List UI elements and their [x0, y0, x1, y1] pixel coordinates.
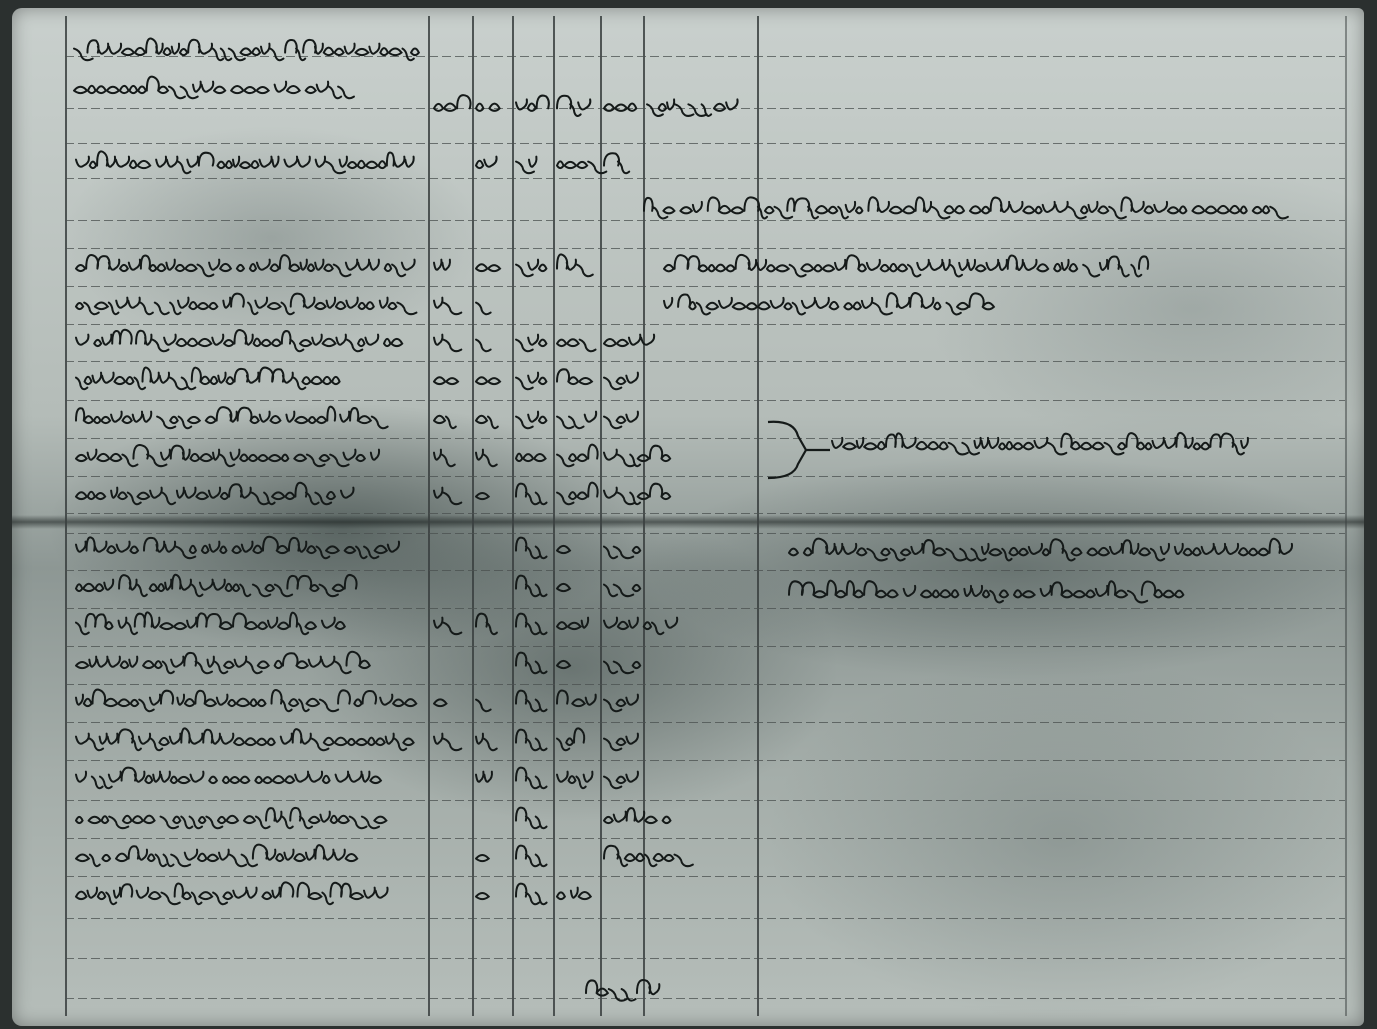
row-value-col-b: ၈	[474, 760, 510, 794]
row-value-col-d: ဦ	[555, 530, 599, 564]
row-value-col-d: ကြ	[555, 722, 599, 756]
handwritten-text	[602, 685, 637, 715]
row-rule	[65, 513, 1345, 514]
handwritten-text	[602, 570, 644, 600]
row-value-col-b: ၀	[474, 323, 510, 357]
handwritten-text	[602, 402, 637, 432]
row-value-col-b: ၂	[474, 476, 510, 510]
row-value-col-c: ဒါ၄ ဗိ	[514, 400, 552, 434]
row-value-col-c: ဒါ	[514, 568, 552, 602]
column-header: ဘုံ	[555, 88, 599, 122]
row-rule	[65, 918, 1345, 919]
handwritten-text	[602, 440, 672, 470]
row-value-col-c: ဒါ	[514, 476, 552, 510]
handwritten-text	[474, 325, 495, 355]
row-value-col-b: ၆	[474, 722, 510, 756]
row-value-col-c: ဒါ	[514, 606, 552, 640]
handwritten-text	[514, 608, 542, 638]
row-value-col-d: ၃ ဦ	[555, 361, 599, 395]
handwritten-text	[602, 840, 686, 870]
handwritten-text	[602, 147, 630, 177]
row-value-col-c: ဒါ ဗိ	[514, 438, 552, 472]
row-value-col-e: ဂဦ	[602, 145, 702, 179]
row-value-col-c: ဒါ	[514, 530, 552, 564]
handwritten-text	[555, 878, 597, 908]
handwritten-text	[74, 440, 379, 470]
row-value-col-e: ဘဗြဲ ငွေ	[602, 800, 702, 834]
handwritten-text	[474, 91, 510, 119]
handwritten-text	[74, 363, 339, 393]
row-name: နဂုံးပြည်အုပ်ဂုရာတ်ရေးတော်ဆိုလွန်ရော ရေ …	[74, 145, 424, 179]
handwritten-text	[514, 440, 550, 470]
row-value-col-b: ၀	[474, 683, 510, 717]
handwritten-text	[474, 402, 495, 432]
handwritten-text	[555, 147, 597, 177]
handwritten-text	[514, 147, 535, 177]
row-note: ကတ ကြ ဂ ငြင် ပါ ဂ ဗိ ဘဗ ကြီး ကြ ဝါ ကြ ငြ…	[787, 574, 1327, 608]
row-name: ပါးကြီးလဲ သွား ၁ ကျောင်းမြို့	[74, 361, 424, 395]
handwritten-text	[74, 147, 414, 177]
handwritten-text	[474, 440, 495, 470]
handwritten-text	[474, 762, 495, 792]
row-value-col-d: ဥ ဦ ရော	[555, 760, 599, 794]
row-value-col-c: ဒါ၄ ဗိ	[514, 323, 552, 357]
row-value-col-a: ၁	[432, 722, 470, 756]
handwritten-text	[74, 608, 349, 638]
handwritten-text	[645, 91, 753, 119]
handwritten-text	[555, 440, 597, 470]
handwritten-text	[74, 762, 379, 792]
row-value-col-c: ဒါ	[514, 645, 552, 679]
handwritten-text	[74, 840, 359, 870]
page-edge-rule	[1345, 16, 1347, 1016]
manuscript-page: ငြငဥဂု၏အလျောက်ရှိ ရွာမြေ ရာ ချောင်း ကျော…	[12, 8, 1364, 1026]
row-name: နဂုံးမြေ ကြီးကြ ရာ ကျော ငယ် ကြီး	[74, 568, 424, 602]
row-value-col-c: ဩ	[514, 145, 552, 179]
handwritten-text	[514, 878, 542, 908]
row-value-col-d: ၁ ဗိ	[555, 248, 599, 282]
row-value-col-e: ယပယ	[602, 361, 702, 395]
row-value-col-b: ၆	[474, 438, 510, 472]
row-name: ဘောင်ကြီး ပျော ဂုရာ ရေ ကျော မြို့	[74, 838, 424, 872]
handwritten-text	[474, 288, 495, 318]
handwritten-text	[514, 762, 542, 792]
handwritten-text	[74, 724, 414, 754]
row-value-col-e: ဘဗြဲ	[602, 530, 702, 564]
handwritten-text	[74, 647, 374, 677]
handwritten-text	[662, 249, 1146, 281]
handwritten-text	[514, 685, 542, 715]
row-name: ပါးကြီး ၁ ဗိဂုရာတ်ရေးတော် ဆိုလွန်ပ်ကြဘုရ…	[74, 248, 424, 282]
handwritten-text	[662, 287, 997, 319]
handwritten-text	[602, 608, 672, 638]
row-name: ဘောင်ကြီး ကြီးကြ ရော ကျော ငွေ ဝါ ရှိ	[74, 645, 424, 679]
handwritten-text	[432, 685, 453, 715]
handwritten-text	[74, 402, 389, 432]
row-value-col-e: ဗျာ ၁	[602, 323, 702, 357]
handwritten-text	[432, 724, 453, 754]
row-name: ဘောင်ကြီး ကြီးမြေ ရောင်ရေး ကျော	[74, 606, 424, 640]
handwritten-text	[555, 762, 597, 792]
handwritten-text	[830, 427, 1250, 459]
row-value-col-c: ဒါ	[514, 876, 552, 910]
column-rule	[428, 16, 430, 1016]
handwritten-text	[555, 478, 597, 508]
handwritten-text	[474, 724, 495, 754]
column-header: တင်	[514, 88, 552, 122]
handwritten-text	[514, 570, 542, 600]
row-value-col-d: ဦ	[555, 645, 599, 679]
header-title-line-1: ငြငဥဂု၏အလျောက်ရှိ ရွာမြေ ရာ ချောင်း ကျော…	[72, 32, 422, 66]
row-value-col-c: ဒါ	[514, 838, 552, 872]
row-value-col-e: ကြော ယပယ	[602, 606, 702, 640]
handwritten-text	[555, 402, 597, 432]
handwritten-text	[72, 72, 352, 102]
handwritten-text	[555, 647, 576, 677]
row-value-col-e: ဘဗြဲ	[602, 568, 702, 602]
row-value-col-e: ဘဗြဲ	[602, 645, 702, 679]
handwritten-text	[602, 724, 637, 754]
column-header: ဂု	[432, 88, 470, 122]
handwritten-text	[514, 532, 542, 562]
row-value-col-c: ဒါ	[514, 800, 552, 834]
row-value-col-b: ၃	[474, 248, 510, 282]
handwritten-text	[74, 878, 389, 908]
handwritten-text	[74, 570, 354, 600]
handwritten-text	[602, 325, 651, 355]
handwritten-text	[514, 363, 550, 393]
handwritten-text	[602, 647, 644, 677]
handwritten-text	[514, 478, 542, 508]
row-value-col-b: ၂	[474, 838, 510, 872]
row-value-col-d: ဂ ဦး	[555, 606, 599, 640]
handwritten-text	[602, 91, 642, 119]
handwritten-text	[432, 91, 470, 119]
handwritten-text	[555, 363, 590, 393]
row-value-col-d: ဝါ ကြ ငြီ ကြ ဝါ	[555, 876, 599, 910]
handwritten-text	[602, 532, 644, 562]
row-value-col-e: ယပယ	[602, 722, 702, 756]
row-value-col-b: ပြ	[474, 145, 510, 179]
row-name: နဂုံးမြေ ကြီးကြ ရာ ကျော မြို့ ယ ကျော ကျပ…	[74, 530, 424, 564]
row-name: ဘောင်ကြီး ပျော ရော ကြ ရော မြို့ ဝါ ကျော …	[74, 683, 424, 717]
handwritten-text	[514, 724, 542, 754]
handwritten-text	[74, 250, 414, 280]
row-value-col-e: ယပယ	[602, 683, 702, 717]
row-name: ပါးကြီးသွား ရောင်ဂုရာ ကြီးကြ ရာ ဝါရ မြို…	[74, 286, 424, 320]
handwritten-text	[432, 402, 453, 432]
row-rule	[65, 958, 1345, 959]
handwritten-text	[74, 685, 414, 715]
row-name: ဘောင်ကြီး ပျော ၁၁ ဂုရာ ရေး ပါ ဝါ ကျော ကြ…	[74, 722, 424, 756]
row-note: ဒုံ မြို့ တောင် လဲ ပ ကြိုး မြို့ သီ ကြော…	[662, 286, 1262, 320]
row-value-col-a: ၇	[432, 683, 470, 717]
row-value-col-e: ယပယ ကြီး	[602, 438, 702, 472]
header-title-line-2: ချောင်းသား မြေကြီး အမှတ် ရှိ ရှင်ပြည်	[72, 70, 372, 104]
row-value-col-a: ၄	[432, 400, 470, 434]
row-value-col-d: ဦ	[555, 568, 599, 602]
handwritten-text	[432, 478, 453, 508]
row-value-col-d: ကြီး	[555, 438, 599, 472]
handwritten-text	[514, 402, 550, 432]
column-header: ငွေအင်	[602, 88, 642, 122]
row-value-col-c: ဒါ	[514, 722, 552, 756]
handwritten-text	[432, 250, 453, 280]
handwritten-text	[514, 802, 542, 832]
row-value-col-c: ဒါ၄ ဗိ	[514, 248, 552, 282]
row-name: ဘောင်ကြီး ကြီးကြ ရောင်ရေး ကျောင်မြို့	[74, 438, 424, 472]
handwritten-text	[432, 288, 453, 318]
handwritten-text	[555, 608, 597, 638]
row-value-col-c: ဒါ	[514, 760, 552, 794]
handwritten-text	[555, 325, 590, 355]
row-value-col-b: ၄	[474, 400, 510, 434]
row-value-col-e: ယပယ	[602, 760, 702, 794]
row-note: နရွှေတိုင်လာသော ၁ ဗိ သင်္ဂြိုဟ်ကြီး ငြို…	[642, 190, 1342, 224]
handwritten-text	[514, 647, 542, 677]
grouping-brace-icon	[760, 406, 840, 516]
row-value-col-d: ၁ ဦ ကြ	[555, 683, 599, 717]
row-value-col-a: ၆	[432, 438, 470, 472]
page-fold	[12, 515, 1364, 529]
row-value-col-a: ၁	[432, 286, 470, 320]
handwritten-text	[432, 440, 453, 470]
row-name: ဘောင်ကြီး ကြီးကြ ရောင်ရေး မြို့	[74, 476, 424, 510]
row-name: သဘောင်ကြီး ကြီး ဂုရာ ရေ ကျော ကြ မြို့	[74, 760, 424, 794]
handwritten-text	[74, 478, 349, 508]
row-name: ပါးကြီးသွားမြေ ဂုရာ ကြီးရေး မြို့ ရော ဝဲ…	[74, 323, 424, 357]
row-name: ဘောင်ကြီး ကြီး ဂုရာ ရေ ကျော ကြ မြို့ ဦး	[74, 800, 424, 834]
handwritten-text	[474, 840, 495, 870]
handwritten-text	[514, 91, 552, 119]
handwritten-text	[72, 34, 422, 64]
handwritten-text	[474, 878, 495, 908]
handwritten-text	[74, 532, 399, 562]
row-value-col-d: ၁ ဥ ဦ	[555, 400, 599, 434]
handwritten-text	[74, 325, 414, 355]
row-name: ဘောင်ကြီး ကြီးပြီ ရာ ရေ ကျော ရောင်မြို့	[74, 400, 424, 434]
handwritten-text	[432, 325, 453, 355]
row-value-col-b: ၅	[474, 606, 510, 640]
handwritten-text	[432, 363, 453, 393]
row-value-col-c: ဒါ၄ ဗိ	[514, 361, 552, 395]
row-value-col-b: ၂	[474, 876, 510, 910]
row-value-col-a: ၈	[432, 248, 470, 282]
row-value-col-d: ၁ ဦ	[555, 323, 599, 357]
handwritten-text	[474, 363, 495, 393]
handwritten-text	[474, 147, 502, 177]
handwritten-text	[555, 91, 599, 119]
handwritten-text	[602, 363, 637, 393]
row-value-col-a: ၁	[432, 323, 470, 357]
row-note: နရွှေကြီး တိုင်ငွေ ကျော်ရှုပ် ကြိုင်ရေး …	[662, 248, 1262, 282]
handwritten-text	[74, 802, 389, 832]
row-value-col-b: ၃	[474, 361, 510, 395]
handwritten-text	[584, 972, 664, 1006]
handwritten-text	[432, 608, 453, 638]
handwritten-text	[514, 325, 550, 355]
footer-total: ၁၀ ၂ ဦ	[584, 972, 674, 1006]
row-value-col-c: ဒါ	[514, 683, 552, 717]
row-note: နရွှေကြီး ဘာ ဘ တော ငြင်း ကျောက် ဂုံ ရွာ …	[787, 532, 1347, 566]
row-value-col-d: ကြီး	[555, 476, 599, 510]
column-header: ငွေလျာသာ	[645, 88, 753, 122]
handwritten-text	[642, 191, 1280, 223]
row-value-col-e: ယပယ ကြီး	[602, 476, 702, 510]
row-value-col-a: ၁	[432, 476, 470, 510]
row-rule	[65, 143, 1345, 144]
handwritten-text	[555, 570, 576, 600]
handwritten-text	[602, 762, 637, 792]
handwritten-text	[514, 250, 550, 280]
handwritten-text	[74, 288, 414, 318]
row-value-col-e: ယပယ	[602, 400, 702, 434]
column-header: အဓါ	[474, 88, 510, 122]
row-value-col-a: ၁	[432, 606, 470, 640]
handwritten-text	[555, 724, 583, 754]
handwritten-text	[787, 533, 1293, 565]
row-name: သူငြီး တော ကြ ဂုရာ ပါ ပျ ၁၀ ကြ ကော ဂုရာ	[74, 876, 424, 910]
handwritten-text	[555, 685, 597, 715]
handwritten-text	[787, 575, 1183, 607]
column-rule	[65, 16, 67, 1016]
handwritten-text	[474, 685, 495, 715]
row-value-col-d: ဒါ၄၀	[555, 145, 599, 179]
column-rule	[757, 16, 759, 1016]
row-note: နရွှေကြီး ရှည်ငွေ ကျော သူ မှီး ကြီး ကျော…	[830, 426, 1250, 460]
handwritten-text	[555, 532, 576, 562]
handwritten-text	[602, 802, 672, 832]
handwritten-text	[474, 478, 495, 508]
row-value-col-e: ငွေ ဘဗ ငွေ	[602, 838, 702, 872]
handwritten-text	[602, 478, 672, 508]
handwritten-text	[474, 250, 495, 280]
row-value-col-b: ၀	[474, 286, 510, 320]
row-value-col-a: ၃	[432, 361, 470, 395]
handwritten-text	[555, 250, 597, 280]
handwritten-text	[474, 608, 495, 638]
row-rule	[65, 998, 1345, 999]
handwritten-text	[514, 840, 542, 870]
